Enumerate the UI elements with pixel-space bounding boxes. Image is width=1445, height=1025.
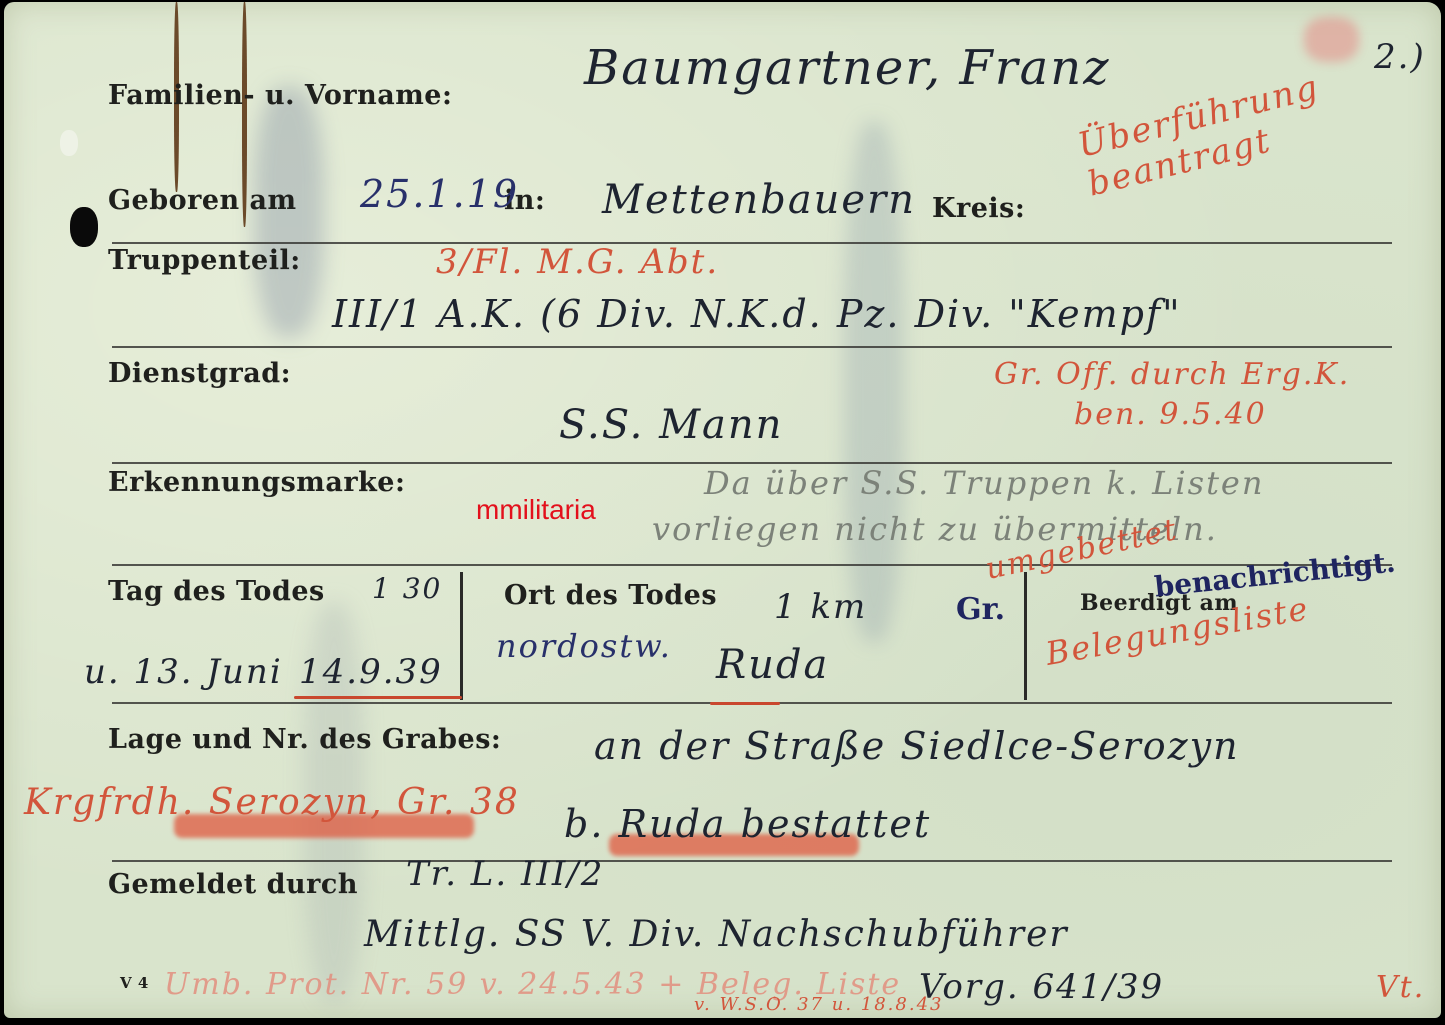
value-unit: III/1 A.K. (6 Div. N.K.d. Pz. Div. "Kemp… [332,292,1182,336]
initials: Vt. [1376,970,1425,1005]
id-tag-note-1: Da über S.S. Truppen k. Listen [704,464,1264,502]
watermark: mmilitaria [476,494,596,526]
field-divider [112,860,1392,862]
grave-value-2: b. Ruda bestattet [564,802,931,846]
label-reported-by: Gemeldet durch [108,869,358,900]
file-reference: Vorg. 641/39 [919,967,1164,1007]
column-divider [1024,572,1027,700]
value-born-place: Mettenbauern [602,177,916,223]
label-name: Familien- u. Vorname: [108,80,452,111]
grave-value-1: an der Straße Siedlce-Serozyn [594,724,1240,768]
value-unit-red: 3/Fl. M.G. Abt. [436,242,719,282]
transfer-note: Überführung beantragt [1074,50,1404,205]
form-code: V 4 [120,974,149,992]
field-divider [112,346,1392,348]
grave-red-value: Krgfrdh. Serozyn, Gr. 38 [24,782,520,823]
death-date-underline [294,696,462,699]
death-date-value: 14.9.39 [299,652,443,692]
label-kreis: Kreis: [932,193,1025,224]
value-name: Baumgartner, Franz [584,40,1110,96]
record-card: Familien- u. Vorname: Geboren am in: Kre… [4,2,1441,1018]
value-born-date: 25.1.19 [360,172,519,216]
death-place-town: Ruda [716,642,829,688]
bottom-red-note-2: v. W.S.O. 37 u. 18.8.43 [694,994,943,1015]
label-unit: Truppenteil: [108,245,301,276]
label-death-date: Tag des Todes [108,576,325,607]
column-divider [460,572,463,700]
death-place-km: 1 km [774,587,867,627]
rank-note-red-2: ben. 9.5.40 [1074,397,1267,432]
rank-note-red-1: Gr. Off. durch Erg.K. [994,357,1350,392]
red-pencil-mark [1304,17,1359,62]
punched-hole [70,207,98,247]
stamp-gr: Gr. [956,592,1005,627]
death-time: 1 30 [372,572,442,605]
field-divider [112,242,1392,244]
label-grave: Lage und Nr. des Grabes: [108,724,501,755]
value-rank: S.S. Mann [559,402,783,448]
label-rank: Dienstgrad: [108,358,291,389]
reported-value-2: Mittlg. SS V. Div. Nachschubführer [364,914,1069,955]
label-born: Geboren am [108,185,297,216]
label-death-place: Ort des Todes [504,580,717,611]
label-id-tag: Erkennungsmarke: [108,467,405,498]
death-place-underline [710,702,780,705]
death-place-1: nordostw. [496,627,672,665]
death-date-struck: u. 13. Juni [84,652,283,692]
reported-value-1: Tr. L. III/2 [406,854,604,894]
torn-edge [60,130,78,156]
